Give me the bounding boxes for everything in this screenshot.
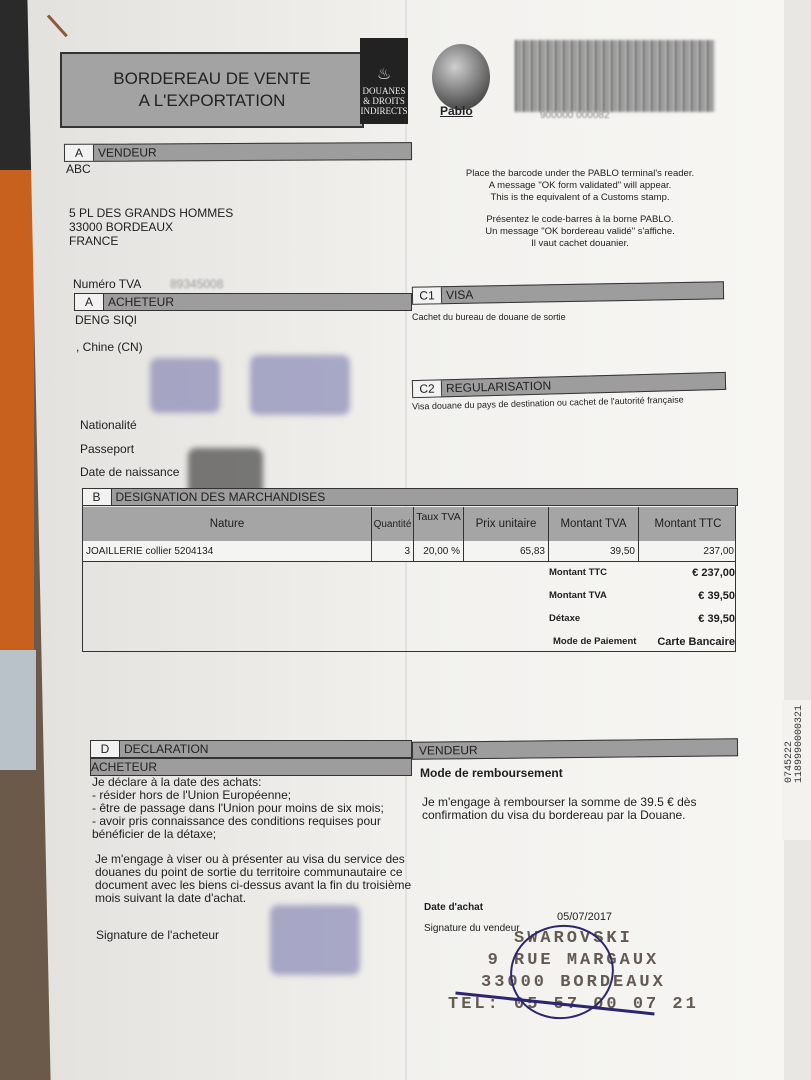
table-header: Nature Quantité Taux TVA Prix unitaire M… <box>83 507 735 542</box>
date-achat-value: 05/07/2017 <box>557 910 612 924</box>
tva-value: 89345008 <box>170 277 223 291</box>
section-acheteur: AACHETEUR <box>74 293 412 311</box>
naissance-label: Date de naissance <box>80 465 179 479</box>
vendeur-address-2: 33000 BORDEAUX <box>69 220 173 234</box>
date-achat-label: Date d'achat <box>424 901 483 915</box>
acheteur-country: , Chine (CN) <box>76 340 143 354</box>
redacted-signature <box>270 905 360 975</box>
form-title: BORDEREAU DE VENTE A L'EXPORTATION <box>60 52 364 128</box>
barcode-number: 900000 000082 <box>540 110 610 121</box>
vendeur-name: ABC <box>66 162 91 176</box>
table-row: JOAILLERIE collier 5204134 3 20,00 % 65,… <box>83 541 735 562</box>
signature-acheteur-label: Signature de l'acheteur <box>96 928 219 942</box>
col-montant-tva: Montant TVA <box>548 507 638 541</box>
background-object <box>0 650 36 770</box>
section-declaration: DDECLARATION <box>90 740 412 758</box>
nationalite-label: Nationalité <box>80 418 137 432</box>
mode-paiement: Mode de PaiementCarte Bancaire <box>549 630 735 653</box>
vendeur-address-3: FRANCE <box>69 234 118 248</box>
total-ttc: Montant TTC€ 237,00 <box>549 561 735 584</box>
engagement-text: Je m'engage à viser ou à présenter au vi… <box>95 853 411 905</box>
col-montant-ttc: Montant TTC <box>638 507 737 541</box>
remboursement-label: Mode de remboursement <box>420 766 563 780</box>
receipt-numbers: 0745222 1189990000321 <box>785 705 805 783</box>
totals: Montant TTC€ 237,00 Montant TVA€ 39,50 D… <box>549 561 735 653</box>
pablo-instructions: Place the barcode under the PABLO termin… <box>430 168 730 260</box>
passeport-label: Passeport <box>80 442 134 456</box>
barcode <box>515 40 715 112</box>
tva-label: Numéro TVA <box>73 277 141 291</box>
globe-icon <box>432 44 490 110</box>
flame-icon: ♨ <box>360 70 408 80</box>
declaration-acheteur-text: Je déclare à la date des achats: - résid… <box>92 776 384 841</box>
section-marchandises: BDESIGNATION DES MARCHANDISES <box>82 488 738 506</box>
redacted-scribble <box>250 355 350 415</box>
col-taux-tva: Taux TVA <box>413 507 463 541</box>
background-orange-folder <box>0 170 34 650</box>
remboursement-text: Je m'engage à rembourser la somme de 39.… <box>422 796 696 822</box>
goods-table: BDESIGNATION DES MARCHANDISES Nature Qua… <box>82 488 736 652</box>
total-tva: Montant TVA€ 39,50 <box>549 584 735 607</box>
col-nature: Nature <box>83 507 371 541</box>
vendeur-address-1: 5 PL DES GRANDS HOMMES <box>69 206 233 220</box>
douanes-logo: ♨ DOUANES & DROITS INDIRECTS <box>360 38 408 124</box>
pablo-logo: Pablo <box>430 44 494 120</box>
detaxe: Détaxe€ 39,50 <box>549 607 735 630</box>
col-prix-unitaire: Prix unitaire <box>463 507 548 541</box>
acheteur-name: DENG SIQI <box>75 313 137 327</box>
redacted-scribble <box>150 358 220 413</box>
acheteur-subheader: ACHETEUR <box>90 758 412 776</box>
section-vendeur: AVENDEUR <box>64 142 412 162</box>
visa-note: Cachet du bureau de douane de sortie <box>412 310 566 324</box>
col-quantite: Quantité <box>371 507 413 541</box>
vendeur-subheader: VENDEUR <box>412 738 738 759</box>
